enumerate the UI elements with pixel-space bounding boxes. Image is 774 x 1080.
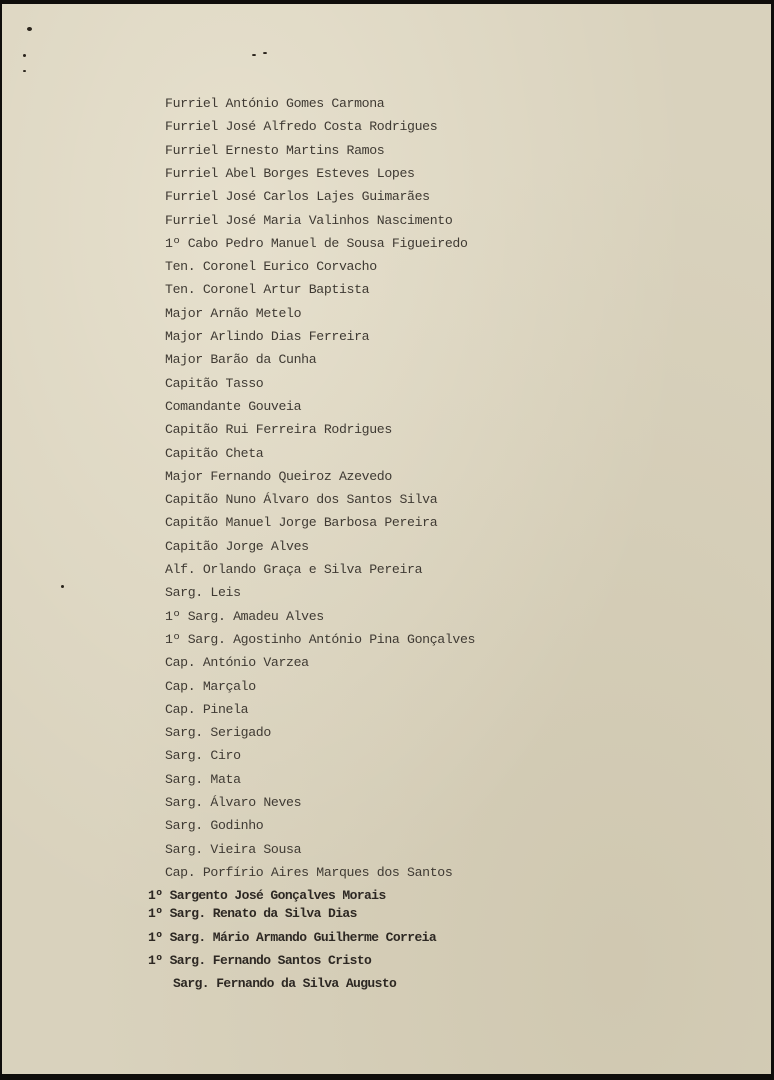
list-item: Capitão Rui Ferreira Rodrigues xyxy=(165,422,392,437)
list-item: Sarg. Mata xyxy=(165,772,241,787)
list-item: Capitão Cheta xyxy=(165,446,263,461)
list-item: Sarg. Godinho xyxy=(165,818,263,833)
ink-speck xyxy=(23,70,26,72)
list-item: Cap. Pinela xyxy=(165,702,248,717)
list-item: Capitão Tasso xyxy=(165,376,263,391)
ink-speck xyxy=(27,27,32,31)
ink-speck xyxy=(263,52,267,54)
list-item: 1º Sarg. Mário Armando Guilherme Correia xyxy=(148,930,436,945)
list-item: 1º Cabo Pedro Manuel de Sousa Figueiredo xyxy=(165,236,468,251)
list-item: Major Arlindo Dias Ferreira xyxy=(165,329,369,344)
ink-speck xyxy=(61,585,64,588)
list-item: 1º Sarg. Fernando Santos Cristo xyxy=(148,953,371,968)
list-item: Major Arnão Metelo xyxy=(165,306,301,321)
list-item: Cap. António Varzea xyxy=(165,655,309,670)
list-item: 1º Sarg. Amadeu Alves xyxy=(165,609,324,624)
list-item: Furriel José Maria Valinhos Nascimento xyxy=(165,213,452,228)
list-item: Capitão Nuno Álvaro dos Santos Silva xyxy=(165,492,437,507)
list-item: Sarg. Fernando da Silva Augusto xyxy=(173,976,396,991)
list-item: Capitão Jorge Alves xyxy=(165,539,309,554)
list-item: 1º Sarg. Agostinho António Pina Gonçalve… xyxy=(165,632,475,647)
list-item: Major Fernando Queiroz Azevedo xyxy=(165,469,392,484)
list-item: Sarg. Serigado xyxy=(165,725,271,740)
list-item: Cap. Marçalo xyxy=(165,679,256,694)
list-item: Furriel Ernesto Martins Ramos xyxy=(165,143,384,158)
list-item: Furriel Abel Borges Esteves Lopes xyxy=(165,166,415,181)
ink-speck xyxy=(23,54,26,57)
list-item: Cap. Porfírio Aires Marques dos Santos xyxy=(165,865,452,880)
list-item: Furriel António Gomes Carmona xyxy=(165,96,384,111)
list-item: Furriel José Carlos Lajes Guimarães xyxy=(165,189,430,204)
list-item: Furriel José Alfredo Costa Rodrigues xyxy=(165,119,437,134)
list-item: Comandante Gouveia xyxy=(165,399,301,414)
list-item: Sarg. Ciro xyxy=(165,748,241,763)
list-item: Sarg. Álvaro Neves xyxy=(165,795,301,810)
list-item: Capitão Manuel Jorge Barbosa Pereira xyxy=(165,515,437,530)
list-item: Sarg. Vieira Sousa xyxy=(165,842,301,857)
list-item: Alf. Orlando Graça e Silva Pereira xyxy=(165,562,422,577)
list-item: Major Barão da Cunha xyxy=(165,352,316,367)
list-item: 1º Sargento José Gonçalves Morais xyxy=(148,888,386,903)
list-item: Ten. Coronel Eurico Corvacho xyxy=(165,259,377,274)
list-item: 1º Sarg. Renato da Silva Dias xyxy=(148,906,357,921)
scanned-page: Furriel António Gomes CarmonaFurriel Jos… xyxy=(2,4,771,1074)
ink-speck xyxy=(252,54,256,56)
list-item: Sarg. Leis xyxy=(165,585,241,600)
list-item: Ten. Coronel Artur Baptista xyxy=(165,282,369,297)
